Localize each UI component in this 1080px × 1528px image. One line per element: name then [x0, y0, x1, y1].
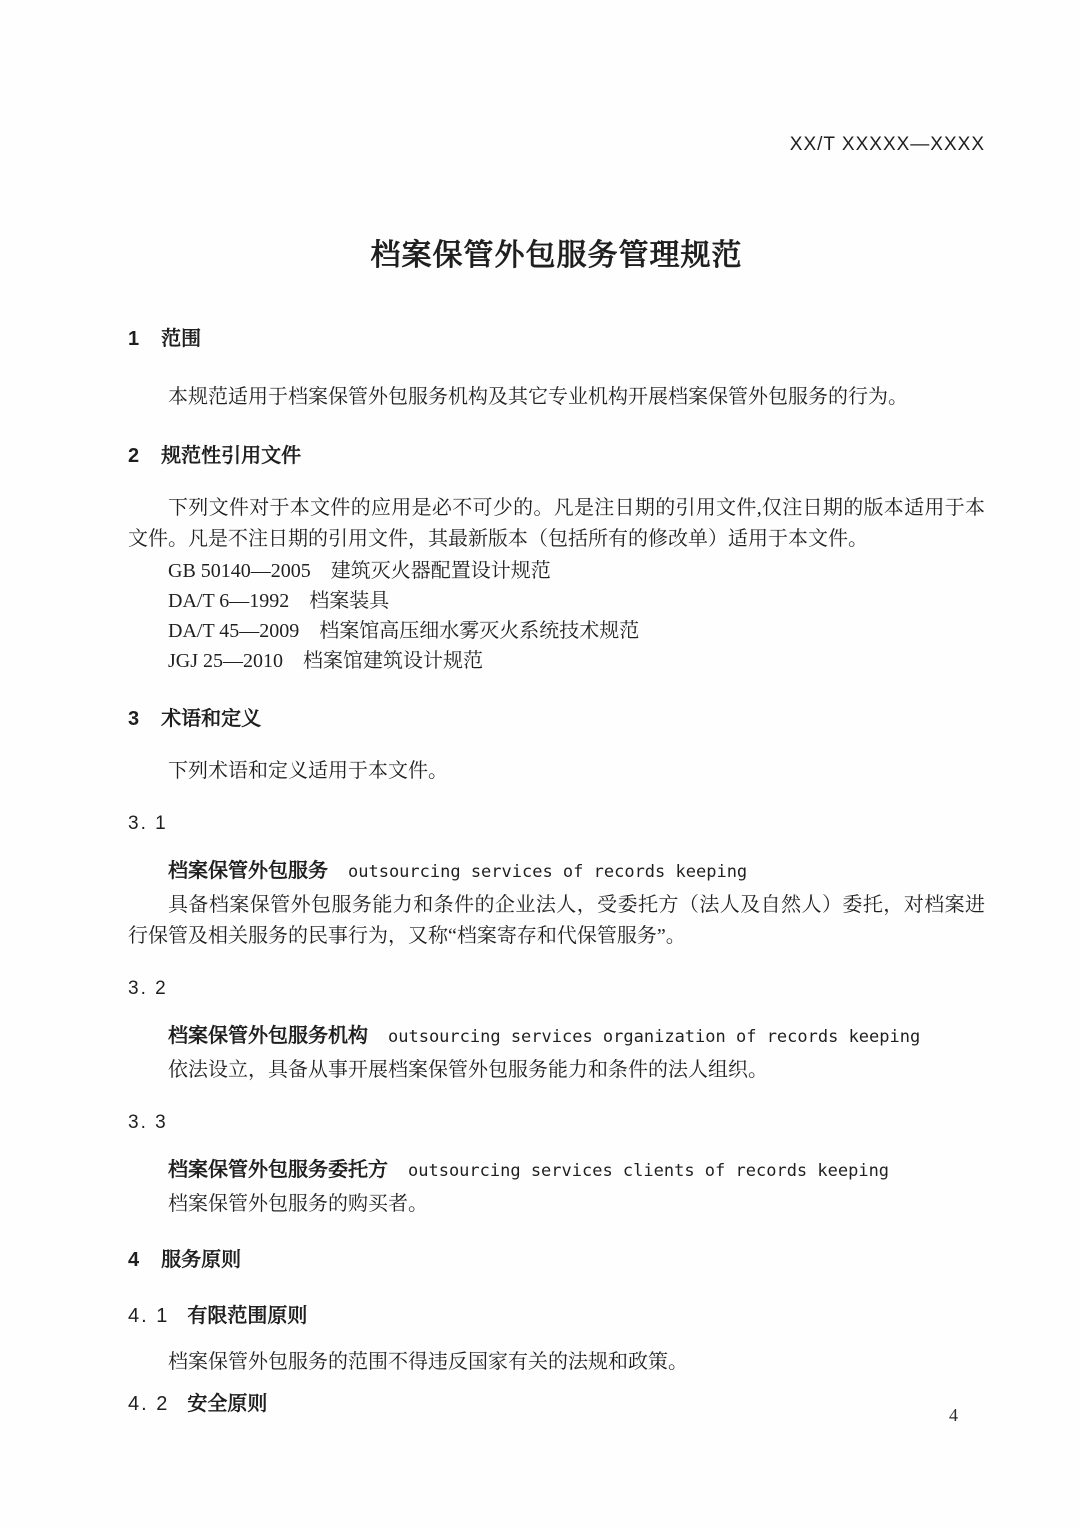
term-3-1-line: 档案保管外包服务outsourcing services of records …: [128, 855, 985, 889]
term-3-2-definition: 依法设立，具备从事开展档案保管外包服务能力和条件的法人组织。: [128, 1055, 985, 1086]
section-2-heading: 2规范性引用文件: [128, 443, 985, 469]
document-title: 档案保管外包服务管理规范: [128, 235, 985, 277]
section-3-heading: 3术语和定义: [128, 706, 985, 732]
term-3-1-block: 3. 1 档案保管外包服务outsourcing services of rec…: [128, 811, 985, 952]
section-4-2-number: 4. 2: [128, 1391, 169, 1417]
term-3-2-name-en: outsourcing services organization of rec…: [388, 1027, 920, 1047]
section-4-1-heading: 4. 1有限范围原则: [128, 1303, 985, 1329]
reference-item: GB 50140—2005 建筑灭火器配置设计规范: [128, 556, 985, 586]
section-3-intro: 下列术语和定义适用于本文件。: [128, 756, 985, 787]
section-4-1-number: 4. 1: [128, 1303, 169, 1329]
section-1-heading: 1范围: [128, 326, 985, 352]
section-4-2-heading: 4. 2安全原则: [128, 1391, 985, 1417]
term-3-1-number: 3. 1: [128, 811, 985, 836]
section-1-number: 1: [128, 326, 139, 352]
section-4-number: 4: [128, 1247, 139, 1273]
section-4-1-paragraph: 档案保管外包服务的范围不得违反国家有关的法规和政策。: [128, 1347, 985, 1378]
page-number: 4: [949, 1400, 958, 1431]
section-2-title: 规范性引用文件: [161, 445, 301, 467]
doc-code-header: XX/T XXXXX—XXXX: [128, 133, 985, 157]
normative-reference-list: GB 50140—2005 建筑灭火器配置设计规范 DA/T 6—1992 档案…: [128, 556, 985, 676]
term-3-3-definition: 档案保管外包服务的购买者。: [128, 1189, 985, 1220]
section-1-paragraph: 本规范适用于档案保管外包服务机构及其它专业机构开展档案保管外包服务的行为。: [128, 382, 985, 413]
term-3-2-number: 3. 2: [128, 976, 985, 1001]
term-3-2-name-zh: 档案保管外包服务机构: [168, 1025, 368, 1047]
section-4-1-title: 有限范围原则: [187, 1305, 307, 1327]
section-2-intro: 下列文件对于本文件的应用是必不可少的。凡是注日期的引用文件,仅注日期的版本适用于…: [128, 493, 985, 555]
section-1-title: 范围: [161, 328, 201, 350]
reference-item: JGJ 25—2010 档案馆建筑设计规范: [128, 646, 985, 676]
term-3-3-name-en: outsourcing services clients of records …: [408, 1161, 889, 1181]
section-4-2-title: 安全原则: [187, 1393, 267, 1415]
document-page: XX/T XXXXX—XXXX 档案保管外包服务管理规范 1范围 本规范适用于档…: [0, 0, 1080, 1528]
section-4-title: 服务原则: [161, 1249, 241, 1271]
section-3-title: 术语和定义: [161, 708, 261, 730]
term-3-3-line: 档案保管外包服务委托方outsourcing services clients …: [128, 1154, 985, 1188]
term-3-2-block: 3. 2 档案保管外包服务机构outsourcing services orga…: [128, 976, 985, 1086]
section-4-heading: 4服务原则: [128, 1247, 985, 1273]
term-3-3-number: 3. 3: [128, 1110, 985, 1135]
term-3-1-name-zh: 档案保管外包服务: [168, 860, 328, 882]
term-3-1-definition: 具备档案保管外包服务能力和条件的企业法人，受委托方（法人及自然人）委托，对档案进…: [128, 890, 985, 952]
term-3-3-block: 3. 3 档案保管外包服务委托方outsourcing services cli…: [128, 1110, 985, 1220]
section-3-number: 3: [128, 706, 139, 732]
term-3-1-name-en: outsourcing services of records keeping: [348, 862, 747, 882]
reference-item: DA/T 6—1992 档案装具: [128, 586, 985, 616]
term-3-2-line: 档案保管外包服务机构outsourcing services organizat…: [128, 1020, 985, 1054]
section-2-number: 2: [128, 443, 139, 469]
reference-item: DA/T 45—2009 档案馆高压细水雾灭火系统技术规范: [128, 616, 985, 646]
term-3-3-name-zh: 档案保管外包服务委托方: [168, 1159, 388, 1181]
